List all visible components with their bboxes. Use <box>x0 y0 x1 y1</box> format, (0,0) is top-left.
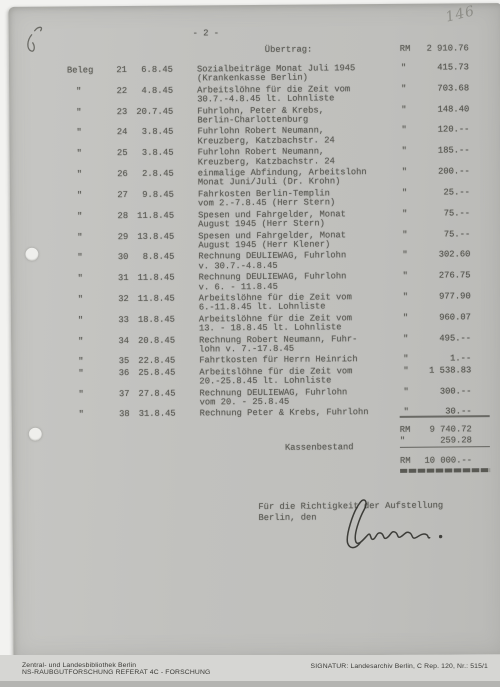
entry-number: 31 <box>103 274 129 293</box>
entry-spacer <box>173 107 197 126</box>
library-name: Zentral- und Landesbibliothek Berlin <box>22 662 210 669</box>
entry-description: Spesen und Fahrgelder, MonatAugust 1945 … <box>198 230 400 250</box>
entry-description-line: v. 6. - 11.8.45 <box>199 281 401 292</box>
entry-currency-mark: " <box>400 251 420 270</box>
entry-description-line: Rechnung Peter & Krebs, Fuhrlohn <box>200 408 402 419</box>
entry-number: 21 <box>101 66 127 85</box>
entry-description-line: Kreuzberg, Katzbachstr. 24 <box>198 157 400 168</box>
entry-date: 8.8.45 <box>128 253 174 272</box>
entry-beleg-label: " <box>68 212 102 231</box>
entry-description: Rechnung DEULIEWAG, Fuhrlohnv. 6. - 11.8… <box>199 272 401 292</box>
entry-amount: 75.-- <box>420 230 470 249</box>
entry-amount: 415.73 <box>419 63 469 82</box>
punch-hole-bottom <box>29 428 42 441</box>
ledger-entry: " 28 11.8.45 Spesen und Fahrgelder, Mona… <box>68 209 470 231</box>
totals-top-rule <box>400 415 490 418</box>
entry-spacer <box>175 315 199 334</box>
entry-date: 11.8.45 <box>128 211 174 230</box>
ledger-entry: " 29 13.8.45 Spesen und Fahrgelder, Mona… <box>68 230 470 252</box>
ink-scribble-mark <box>23 20 67 58</box>
ledger-entry: " 37 27.8.45 Rechnung DEULIEWAG, Fuhrloh… <box>69 387 471 409</box>
entry-beleg-label: " <box>70 411 104 421</box>
entry-spacer <box>176 410 200 420</box>
entry-amount: 977.90 <box>421 292 471 311</box>
subtotal-amount: 9 740.72 <box>410 424 490 435</box>
handwritten-folio-number: 146 <box>444 3 477 25</box>
entry-date: 11.8.45 <box>129 295 175 314</box>
entry-description: einmalige Abfindung, ArbeitslohnMonat Ju… <box>198 168 400 188</box>
ledger-entry: " 23 20.7.45 Fuhrlohn, Peter & Krebs,Ber… <box>67 105 469 127</box>
entry-beleg-label: Beleg <box>67 66 101 85</box>
entry-currency-mark: " <box>399 105 419 124</box>
entry-description-line: Fahrtkosten für Herrn Heinrich <box>199 355 401 366</box>
entry-description: Fahrtkosten für Herrn Heinrich <box>199 355 401 366</box>
entry-amount: 703.68 <box>419 84 469 103</box>
entry-spacer <box>175 368 199 387</box>
entry-spacer <box>174 170 198 189</box>
entry-currency-mark: " <box>400 189 420 208</box>
entry-date: 3.8.45 <box>128 149 174 168</box>
entry-number: 22 <box>101 87 127 106</box>
entry-spacer <box>173 86 197 105</box>
entry-number: 29 <box>102 233 128 252</box>
entry-beleg-label: " <box>68 170 102 189</box>
entry-beleg-label: " <box>69 274 103 293</box>
ledger-entry: " 25 3.8.45 Fuhrlohn Robert Neumann,Kreu… <box>68 147 470 169</box>
page-number: - 2 - <box>193 28 219 38</box>
entry-amount: 200.-- <box>420 167 470 186</box>
entry-currency-mark: " <box>401 313 421 332</box>
ledger-entry: " 31 11.8.45 Rechnung DEULIEWAG, Fuhrloh… <box>69 271 471 293</box>
ledger-entry: " 34 20.8.45 Rechnung Robert Neumann, Fu… <box>69 334 471 356</box>
entry-number: 28 <box>102 212 128 231</box>
entry-description-line: (Krankenkasse Berlin) <box>197 73 399 84</box>
entry-date: 22.8.45 <box>129 357 175 367</box>
entry-number: 36 <box>103 369 129 388</box>
entry-beleg-label: " <box>69 316 103 335</box>
ledger-entry: " 27 9.8.45 Fahrkosten Berlin-Templinvom… <box>68 188 470 210</box>
entry-currency-mark: " <box>401 387 421 406</box>
entry-description-line: 6.-11.8.45 lt. Lohnliste <box>199 302 401 313</box>
entry-description-line: vom 2.-7.8.45 (Herr Stern) <box>198 198 400 209</box>
entry-spacer <box>174 253 198 272</box>
entry-currency-mark: " <box>401 272 421 291</box>
final-total-amount: 10 000.-- <box>411 455 491 466</box>
entry-currency-mark: " <box>399 85 419 104</box>
entry-beleg-label: " <box>67 87 101 106</box>
kassenbestand-label: Kassenbestand <box>285 442 354 453</box>
entry-amount: 148.40 <box>419 105 469 124</box>
entry-description: Fahrkosten Berlin-Templinvom 2.-7.8.45 (… <box>198 189 400 209</box>
library-footer-band: Zentral- und Landesbibliothek Berlin NS-… <box>0 655 500 681</box>
entry-currency-mark: " <box>401 355 421 365</box>
entry-description-line: 30.7.-4.8.45 lt. Lohnliste <box>197 94 399 105</box>
entry-description-line: August 1945 (Herr Stern) <box>198 219 400 230</box>
entry-amount: 495.-- <box>421 334 471 353</box>
entry-date: 31.8.45 <box>130 410 176 420</box>
entry-currency-mark: " <box>400 209 420 228</box>
entry-amount: 302.60 <box>420 251 470 270</box>
entry-description: Arbeitslöhne für die Zeit vom13. - 18.8.… <box>199 314 401 334</box>
ledger-entry: " 33 18.8.45 Arbeitslöhne für die Zeit v… <box>69 313 471 335</box>
entry-date: 20.7.45 <box>127 107 173 126</box>
entry-description-line: vom 20. - 25.8.45 <box>200 397 402 408</box>
entry-spacer <box>174 232 198 251</box>
carryover-label: Übertrag: <box>265 45 313 55</box>
entry-number: 30 <box>102 253 128 272</box>
totals-block: RM 9 740.72 " 259.28 RM 10 000.-- <box>400 415 490 473</box>
entry-date: 20.8.45 <box>129 336 175 355</box>
entry-description-line: Kreuzberg, Katzbachstr. 24 <box>197 136 399 147</box>
entry-description-line: 13. - 18.8.45 lt. Lohnliste <box>199 323 401 334</box>
entry-date: 3.8.45 <box>127 128 173 147</box>
entry-description-line: v. 30.7.-4.8.45 <box>198 261 400 272</box>
entry-description: Arbeitslöhne für die Zeit vom30.7.-4.8.4… <box>197 85 399 105</box>
entry-number: 35 <box>103 357 129 367</box>
entry-spacer <box>174 190 198 209</box>
entry-currency-mark: " <box>399 126 419 145</box>
ledger-entry: " 26 2.8.45 einmalige Abfindung, Arbeits… <box>68 167 470 189</box>
entry-currency-mark: " <box>399 64 419 83</box>
entry-beleg-label: " <box>67 108 101 127</box>
entry-currency-mark: " <box>401 334 421 353</box>
entry-beleg-label: " <box>68 254 102 273</box>
entry-spacer <box>173 128 197 147</box>
entry-date: 4.8.45 <box>127 86 173 105</box>
entry-beleg-label: " <box>69 358 103 368</box>
ledger-entry: " 22 4.8.45 Arbeitslöhne für die Zeit vo… <box>67 84 469 106</box>
entry-spacer <box>175 336 199 355</box>
entry-amount: 276.75 <box>421 271 471 290</box>
entry-description: Sozialbeiträge Monat Juli 1945(Krankenka… <box>197 64 399 84</box>
entry-number: 26 <box>102 170 128 189</box>
ledger-entry: " 35 22.8.45 Fahrtkosten für Herrn Heinr… <box>69 355 471 368</box>
entry-spacer <box>174 149 198 168</box>
entry-description-line: Monat Juni/Juli (Dr. Krohn) <box>198 177 400 188</box>
entry-beleg-label: " <box>67 129 101 148</box>
entry-date: 6.8.45 <box>127 66 173 85</box>
entry-date: 25.8.45 <box>129 368 175 387</box>
entry-description: Fuhrlohn Robert Neumann,Kreuzberg, Katzb… <box>197 126 399 146</box>
library-attribution: Zentral- und Landesbibliothek Berlin NS-… <box>22 662 210 677</box>
entry-beleg-label: " <box>68 191 102 210</box>
entry-number: 33 <box>103 316 129 335</box>
entry-description: Spesen und Fahrgelder, MonatAugust 1945 … <box>198 210 400 230</box>
carryover-amount: 2 910.76 <box>397 43 469 54</box>
entry-date: 18.8.45 <box>129 315 175 334</box>
entry-date: 27.8.45 <box>129 389 175 408</box>
entry-amount: 75.-- <box>420 209 470 228</box>
entry-description-line: lohn v. 7.-17.8.45 <box>199 344 401 355</box>
final-total-rule <box>400 468 490 473</box>
ledger-entry: " 32 11.8.45 Arbeitslöhne für die Zeit v… <box>69 292 471 314</box>
entry-amount: 1.-- <box>421 355 471 365</box>
entry-beleg-label: " <box>69 337 103 356</box>
entry-description: Rechnung DEULIEWAG, Fuhrlohnv. 30.7.-4.8… <box>198 251 400 271</box>
entry-description-line: August 1945 (Herr Klener) <box>198 240 400 251</box>
entry-number: 24 <box>101 128 127 147</box>
entry-beleg-label: " <box>69 369 103 388</box>
entry-number: 37 <box>103 390 129 409</box>
entry-number: 32 <box>103 295 129 314</box>
entry-currency-mark: " <box>400 168 420 187</box>
entry-description: Arbeitslöhne für die Zeit vom6.-11.8.45 … <box>199 293 401 313</box>
entry-description: Rechnung Robert Neumann, Fuhr-lohn v. 7.… <box>199 334 401 354</box>
entry-spacer <box>174 211 198 230</box>
entry-amount: 120.-- <box>419 126 469 145</box>
entry-currency-mark: " <box>400 230 420 249</box>
entry-description: Rechnung Peter & Krebs, Fuhrlohn <box>200 408 402 419</box>
paper-page: 146 - 2 - Übertrag: RM 2 910.76 Beleg 21… <box>8 3 500 658</box>
entry-beleg-label: " <box>68 149 102 168</box>
ledger-entry: Beleg 21 6.8.45 Sozialbeiträge Monat Jul… <box>67 63 469 85</box>
entry-number: 27 <box>102 191 128 210</box>
entry-spacer <box>175 274 199 293</box>
subtotal-currency: RM <box>400 425 411 436</box>
entry-spacer <box>175 357 199 367</box>
entry-beleg-label: " <box>68 233 102 252</box>
entry-spacer <box>173 65 197 84</box>
entry-amount: 185.-- <box>420 147 470 166</box>
ledger-entry: " 24 3.8.45 Fuhrlohn Robert Neumann,Kreu… <box>67 126 469 148</box>
document-scan: 146 - 2 - Übertrag: RM 2 910.76 Beleg 21… <box>0 0 500 687</box>
scan-bottom-edge <box>0 681 500 687</box>
entry-description: Fuhrlohn, Peter & Krebs,Berlin-Charlotte… <box>197 106 399 126</box>
entry-date: 11.8.45 <box>129 274 175 293</box>
entry-amount: 25.-- <box>420 188 470 207</box>
subtotal-row: RM 9 740.72 <box>400 424 490 435</box>
entry-currency-mark: " <box>400 147 420 166</box>
final-total-currency: RM <box>400 455 411 466</box>
handwritten-signature <box>330 491 452 556</box>
kassenbestand-row: " 259.28 <box>400 435 490 448</box>
entry-currency-mark: " <box>401 366 421 385</box>
archive-signatur: SIGNATUR: Landesarchiv Berlin, C Rep. 12… <box>311 663 488 670</box>
entry-description-line: 20.-25.8.45 lt. Lohnliste <box>199 376 401 387</box>
kassenbestand-amount: 259.28 <box>405 435 490 446</box>
final-total-row: RM 10 000.-- <box>400 455 490 466</box>
entry-number: 23 <box>101 108 127 127</box>
entry-beleg-label: " <box>69 295 103 314</box>
entry-number: 25 <box>102 149 128 168</box>
entry-date: 13.8.45 <box>128 232 174 251</box>
entry-spacer <box>175 294 199 313</box>
ledger-entries: Beleg 21 6.8.45 Sozialbeiträge Monat Jul… <box>67 63 472 422</box>
entry-amount: 960.07 <box>421 313 471 332</box>
entry-number: 38 <box>104 410 130 420</box>
entry-spacer <box>175 389 199 408</box>
entry-currency-mark: " <box>401 293 421 312</box>
ledger-entry: " 36 25.8.45 Arbeitslöhne für die Zeit v… <box>69 366 471 388</box>
entry-amount: 300.-- <box>421 387 471 406</box>
entry-number: 34 <box>103 337 129 356</box>
entry-description: Rechnung DEULIEWAG, Fuhrlohnvom 20. - 25… <box>199 387 401 407</box>
entry-date: 9.8.45 <box>128 191 174 210</box>
punch-hole-top <box>25 248 38 261</box>
ledger-entry: " 30 8.8.45 Rechnung DEULIEWAG, Fuhrlohn… <box>68 251 470 273</box>
entry-amount: 1 538.83 <box>421 366 471 385</box>
entry-date: 2.8.45 <box>128 170 174 189</box>
entry-description: Arbeitslöhne für die Zeit vom20.-25.8.45… <box>199 367 401 387</box>
entry-description: Fuhrlohn Robert Neumann,Kreuzberg, Katzb… <box>198 147 400 167</box>
entry-description-line: Berlin-Charlottenburg <box>197 115 399 126</box>
entry-beleg-label: " <box>69 390 103 409</box>
library-department: NS-RAUBGUTFORSCHUNG REFERAT 4C - FORSCHU… <box>22 669 210 676</box>
